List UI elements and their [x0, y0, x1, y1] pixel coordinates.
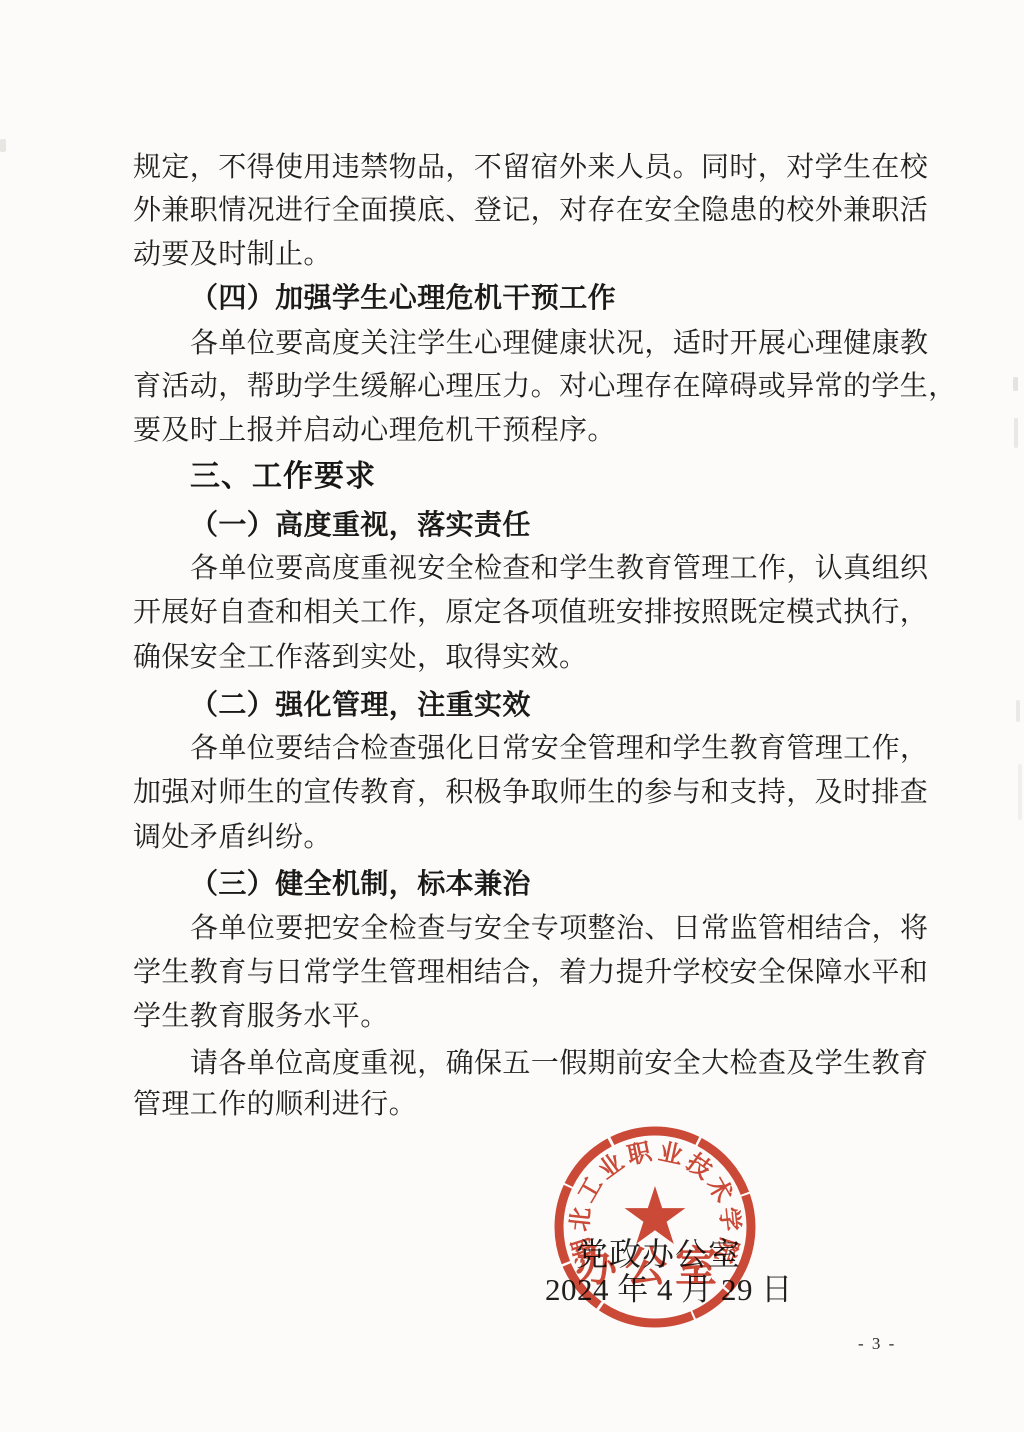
document-line: 动要及时制止。 — [133, 239, 332, 270]
scan-artifact — [1013, 377, 1018, 391]
page-number: - 3 - — [858, 1334, 896, 1354]
document-line: 各单位要把安全检查与安全专项整治、日常监管相结合，将 — [190, 913, 928, 944]
document-line: 管理工作的顺利进行。 — [133, 1089, 417, 1120]
document-line: 要及时上报并启动心理危机干预程序。 — [133, 415, 616, 446]
official-seal: 湖 北 工 业 职 业 技 术 学 院 办公室 — [525, 1097, 785, 1357]
seal-center-text: 办公室 — [575, 1244, 725, 1291]
document-line: 学生教育服务水平。 — [133, 1001, 389, 1032]
scan-artifact — [0, 139, 6, 152]
seal-ring-char: 业 — [656, 1138, 685, 1169]
document-line: 开展好自查和相关工作，原定各项值班安排按照既定模式执行， — [133, 597, 928, 628]
scan-artifact — [1018, 764, 1022, 820]
section-heading-1: （一）高度重视，落实责任 — [190, 510, 531, 541]
scan-artifact — [1016, 700, 1020, 722]
section-heading-2: （二）强化管理，注重实效 — [190, 690, 531, 721]
seal-ring-char: 学 — [714, 1206, 743, 1233]
seal-star-icon — [625, 1186, 686, 1244]
document-line: 育活动，帮助学生缓解心理压力。对心理存在障碍或异常的学生， — [133, 371, 957, 402]
section-heading-3: （三）健全机制，标本兼治 — [190, 869, 531, 900]
seal-ring-char: 工 — [574, 1173, 609, 1207]
document-line: 学生教育与日常学生管理相结合，着力提升学校安全保障水平和 — [133, 957, 928, 988]
seal-ring-char: 职 — [625, 1138, 655, 1170]
chapter-heading-3: 三、工作要求 — [190, 461, 376, 492]
document-line: 各单位要高度重视安全检查和学生教育管理工作，认真组织 — [190, 553, 928, 584]
document-line: 调处矛盾纠纷。 — [133, 822, 332, 853]
scan-artifact — [1014, 418, 1018, 448]
document-line: 加强对师生的宣传教育，积极争取师生的参与和支持，及时排查 — [133, 777, 928, 808]
document-line: 外兼职情况进行全面摸底、登记，对存在安全隐患的校外兼职活 — [133, 195, 928, 226]
document-line: 规定，不得使用违禁物品，不留宿外来人员。同时，对学生在校 — [133, 152, 928, 183]
section-heading-4: （四）加强学生心理危机干预工作 — [190, 283, 616, 314]
document-line: 各单位要结合检查强化日常安全管理和学生教育管理工作， — [190, 733, 928, 764]
document-page: 规定，不得使用违禁物品，不留宿外来人员。同时，对学生在校 外兼职情况进行全面摸底… — [0, 0, 1024, 1432]
document-line: 请各单位高度重视，确保五一假期前安全大检查及学生教育 — [190, 1048, 928, 1079]
document-line: 各单位要高度关注学生心理健康状况，适时开展心理健康教 — [190, 328, 928, 359]
document-line: 确保安全工作落到实处，取得实效。 — [133, 642, 587, 673]
seal-ring-char: 北 — [566, 1206, 595, 1233]
